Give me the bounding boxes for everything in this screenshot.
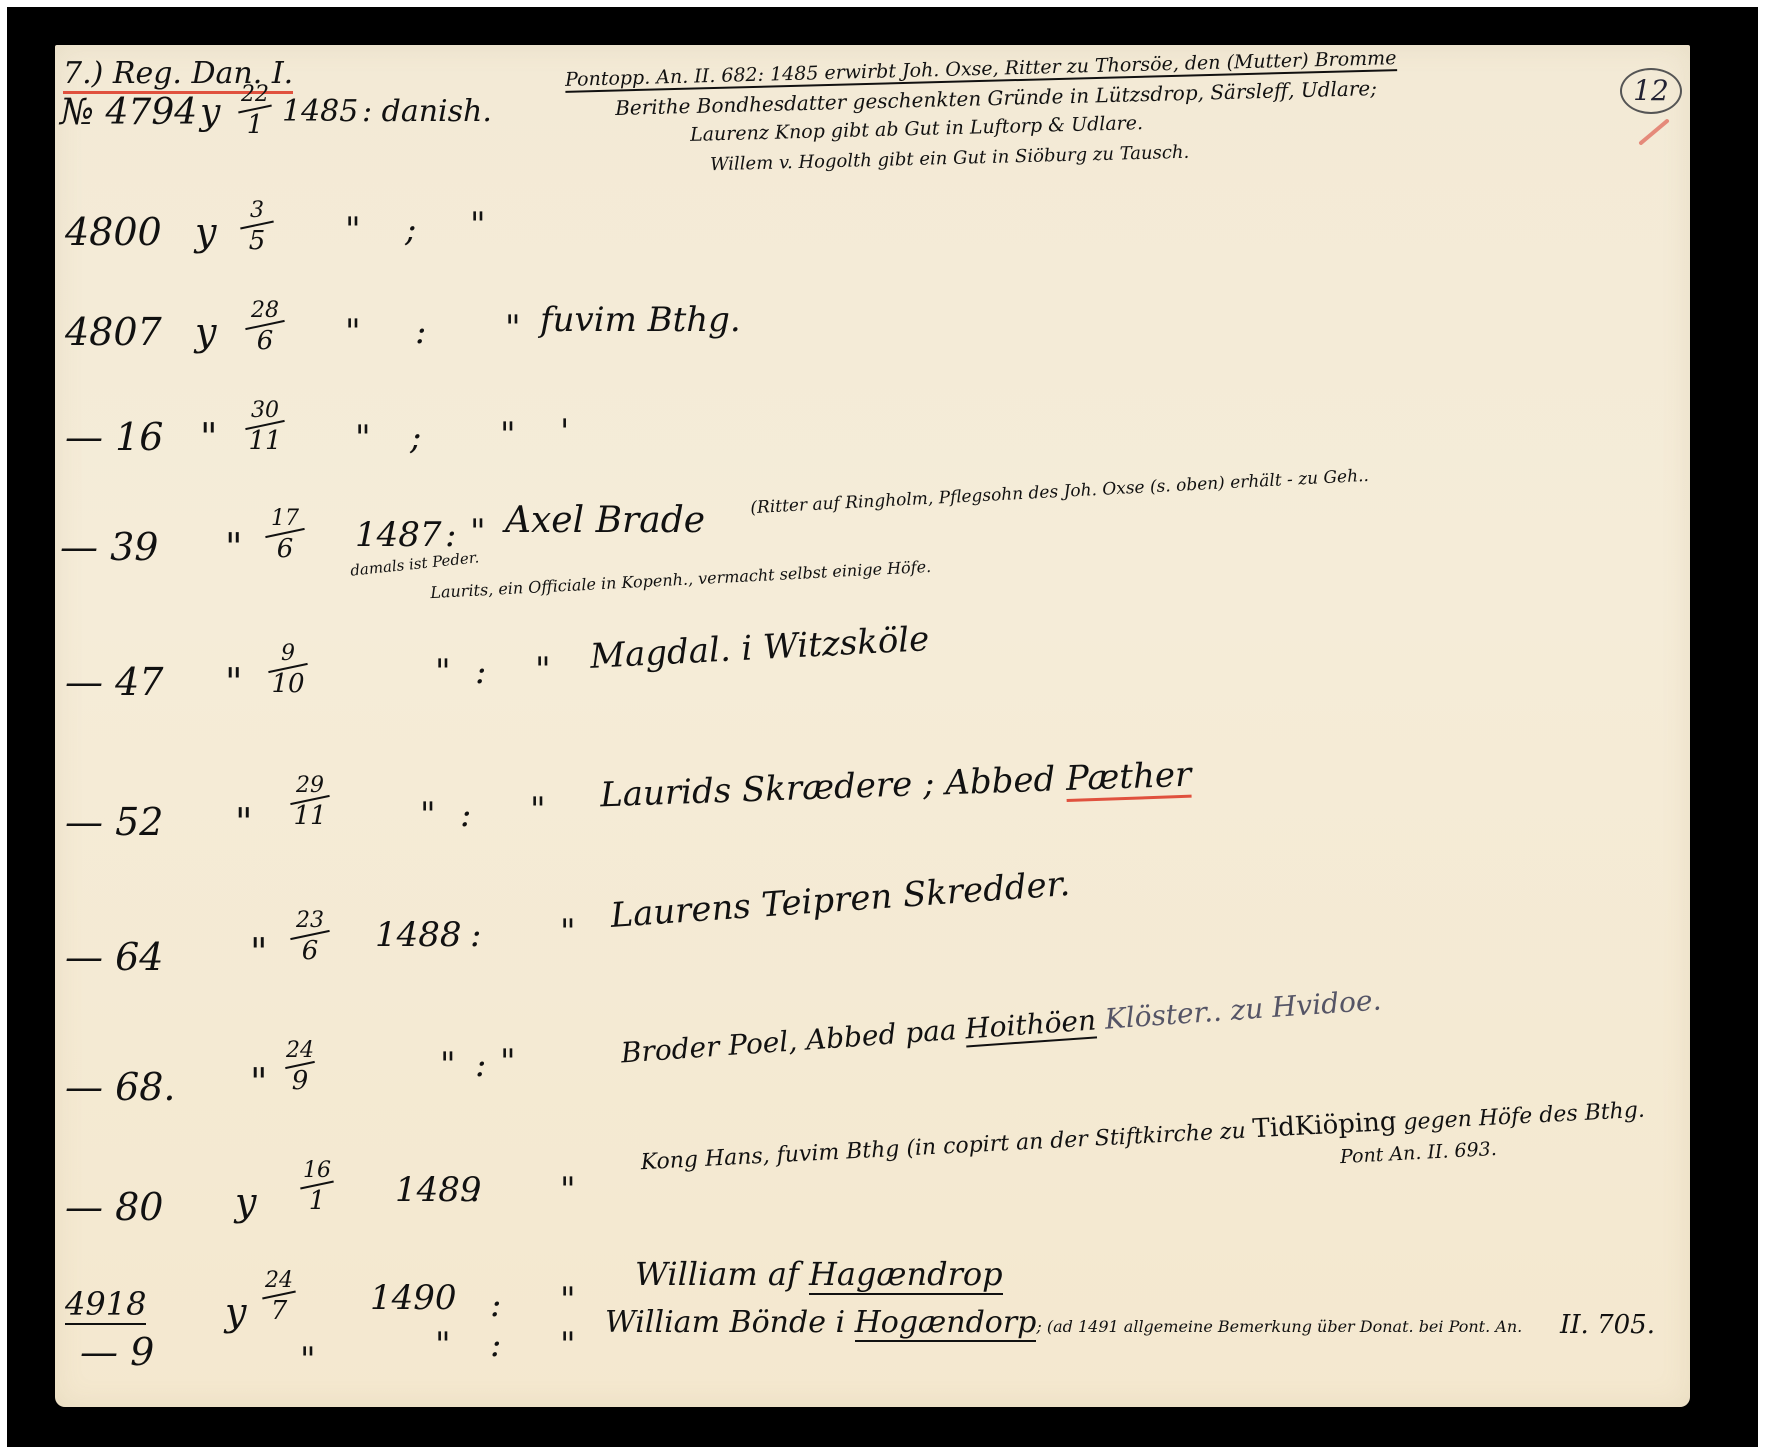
entry-citation: II. 705. <box>1560 1310 1655 1340</box>
entry-number: — 52 <box>65 800 163 844</box>
entry-date: 3011 <box>245 400 285 454</box>
entry-text: Axel Brade <box>505 500 705 541</box>
entry-year: 1485 <box>282 94 358 129</box>
entry-date: 2911 <box>290 775 330 829</box>
underlined-name: Pæther <box>1065 755 1192 802</box>
entry-colon: : <box>445 515 456 555</box>
entry-number: — 68. <box>65 1065 176 1109</box>
entry-sep: " <box>250 930 267 974</box>
entry-colon: : <box>475 652 486 692</box>
entry-date: 247 <box>262 1270 296 1324</box>
entry-year: 1487 <box>355 515 442 555</box>
entry-number: — 9 <box>80 1330 154 1374</box>
entry-number: 4918 <box>65 1285 146 1325</box>
entry-language: " <box>560 1325 576 1365</box>
entry-language: " <box>500 415 516 455</box>
entry-sep: " <box>250 1060 267 1104</box>
entry-date-ditto: " <box>300 1340 316 1380</box>
entry-language: " <box>560 912 576 952</box>
entry-colon: : <box>470 1170 481 1210</box>
entry-number: — 39 <box>60 525 158 569</box>
entry-number: — 80 <box>65 1185 163 1229</box>
entry-year: 1489 <box>395 1170 482 1210</box>
entry-number: № 4794 <box>60 92 197 133</box>
entry-sep: y <box>195 210 216 254</box>
entry-language: " <box>560 1280 576 1320</box>
entry-text: fuvim Bthg. <box>540 300 741 340</box>
entry-language: " <box>530 790 546 830</box>
entry-year: " <box>435 1325 451 1365</box>
entry-language: " <box>470 512 486 552</box>
entry-number: 4807 <box>65 310 162 354</box>
entry-year: " <box>345 312 361 352</box>
entry-year: 1488 <box>375 915 462 955</box>
entry-date: 176 <box>265 508 305 562</box>
entry-colon: : <box>470 915 481 955</box>
entry-text: William af Hagændrop <box>635 1255 1003 1293</box>
entry-sep: " <box>200 415 217 459</box>
entry-date: 35 <box>240 200 274 254</box>
entry-colon: : <box>460 795 471 835</box>
entry-year: " <box>355 418 371 458</box>
underlined-name: Hogændorp <box>855 1305 1037 1342</box>
entry-text: ' <box>560 412 569 452</box>
underlined-name: Hagændrop <box>809 1255 1003 1295</box>
entry-number: — 16 <box>65 415 163 459</box>
entry-number: — 64 <box>65 935 163 979</box>
entry-year: " <box>345 210 361 250</box>
entry-language: " <box>500 1042 516 1082</box>
page-number-circled: 12 <box>1620 68 1682 114</box>
entry-colon: : <box>475 1045 486 1085</box>
entry-sep: y <box>225 1290 246 1334</box>
entry-colon: : <box>415 312 426 352</box>
entry-text: William Bönde i Hogændorp; (ad 1491 allg… <box>605 1305 1522 1340</box>
entry-language: : danish. <box>362 94 492 129</box>
entry-year: " <box>420 795 436 835</box>
entry-language: " <box>535 650 551 690</box>
entry-sep: " <box>225 525 242 569</box>
entry-number: 4800 <box>65 210 162 254</box>
entry-colon: : <box>490 1285 501 1325</box>
entry-year: " <box>435 652 451 692</box>
entry-colon: : <box>490 1325 501 1365</box>
entry-number: — 47 <box>65 660 163 704</box>
entry-language: " <box>470 205 486 245</box>
entry-colon: ; <box>405 210 416 250</box>
entry-date: 161 <box>300 1160 334 1214</box>
entry-sep: " <box>225 660 242 704</box>
entry-sep: y <box>235 1180 256 1224</box>
entry-sep: y <box>200 92 220 133</box>
entry-language: " <box>560 1170 576 1210</box>
entry-year: " <box>440 1045 456 1085</box>
entry-year: 1490 <box>370 1278 457 1318</box>
entry-language: " <box>505 308 521 348</box>
entry-date: 221 <box>238 84 272 138</box>
entry-colon: ; <box>410 418 421 458</box>
entry-sep: " <box>235 800 252 844</box>
entry-date: 286 <box>245 300 285 354</box>
entry-date: 236 <box>290 910 330 964</box>
entry-date: 910 <box>268 643 308 697</box>
entry-sep: y <box>195 310 216 354</box>
entry-date: 249 <box>285 1040 315 1094</box>
